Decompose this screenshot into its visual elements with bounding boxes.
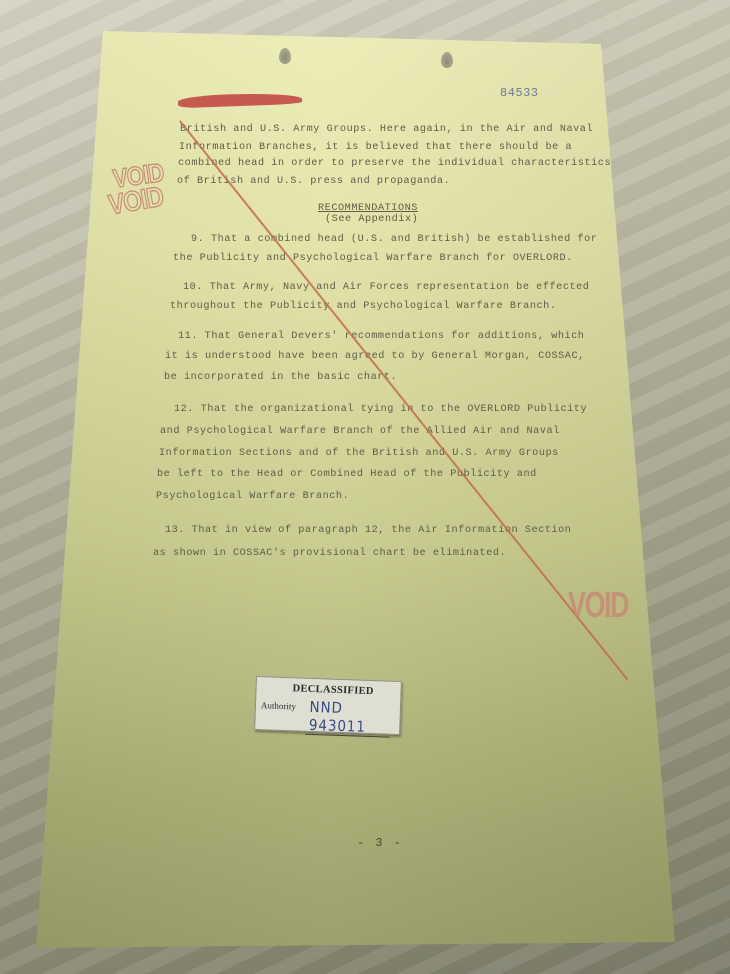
declassified-label: DECLASSIFIED Authority NND 943011 [254,676,402,735]
punch-hole-right [441,52,453,68]
recommendation-10-line: 10. That Army, Navy and Air Forces repre… [183,282,589,293]
recommendation-10-line: throughout the Publicity and Psychologic… [170,301,556,312]
recommendation-12-line: 12. That the organizational tying in to … [174,404,587,415]
section-heading: RECOMMENDATIONS [318,203,418,214]
declassified-title: DECLASSIFIED [292,683,374,697]
document-number: 84533 [500,86,539,100]
intro-line: British and U.S. Army Groups. Here again… [180,124,593,135]
recommendation-9-line: the Publicity and Psychological Warfare … [173,253,573,264]
recommendation-13-line: as shown in COSSAC's provisional chart b… [153,548,506,559]
punch-hole-left [279,48,291,64]
recommendation-11-line: it is understood have been agreed to by … [165,351,585,362]
intro-line: Information Branches, it is believed tha… [179,142,572,153]
recommendation-12-line: be left to the Head or Combined Head of … [157,469,537,480]
void-stamp-right: VOID [568,584,628,626]
authority-value: NND 943011 [305,698,391,738]
page-number: - 3 - [357,836,403,850]
intro-line: of British and U.S. press and propaganda… [177,176,450,187]
recommendation-12-line: Psychological Warfare Branch. [156,491,349,502]
recommendation-9-line: 9. That a combined head (U.S. and Britis… [191,234,597,245]
intro-line: combined head in order to preserve the i… [178,158,611,169]
authority-label: Authority [261,700,296,711]
recommendation-11-line: be incorporated in the basic chart. [164,372,397,383]
section-subheading: (See Appendix) [325,214,418,225]
recommendation-11-line: 11. That General Devers' recommendations… [178,331,584,342]
recommendation-12-line: Information Sections and of the British … [159,448,559,459]
recommendation-12-line: and Psychological Warfare Branch of the … [160,426,560,437]
